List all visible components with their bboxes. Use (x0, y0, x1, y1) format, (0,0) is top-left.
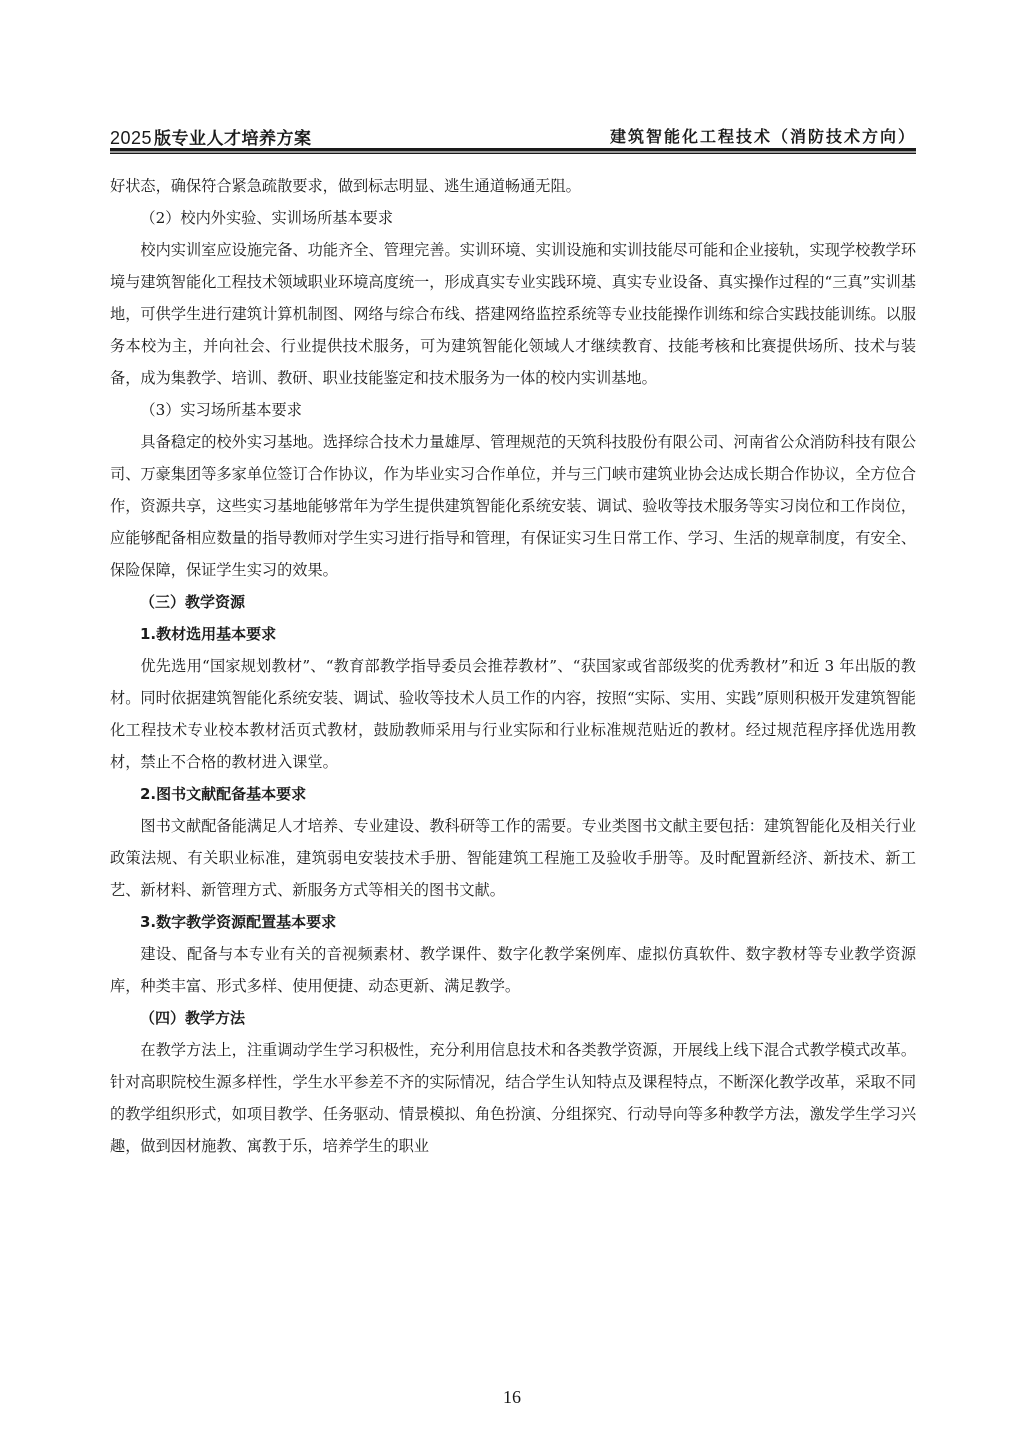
section-heading-teaching-methods: （四）教学方法 (110, 1002, 916, 1034)
body-text: 好状态，确保符合紧急疏散要求，做到标志明显、逃生通道畅通无阻。 （2）校内外实验… (110, 170, 916, 1162)
paragraph-digital-resources: 建设、配备与本专业有关的音视频素材、教学课件、数字化教学案例库、虚拟仿真软件、数… (110, 938, 916, 1002)
heading-digital-resources: 3.数字教学资源配置基本要求 (110, 906, 916, 938)
header-double-rule (110, 148, 916, 154)
paragraph-teaching-methods: 在教学方法上，注重调动学生学习积极性，充分利用信息技术和各类教学资源，开展线上线… (110, 1034, 916, 1162)
paragraph-training-sites: 校内实训室应设施完备、功能齐全、管理完善。实训环境、实训设施和实训技能尽可能和企… (110, 234, 916, 394)
header-year: 2025 (110, 128, 152, 148)
section-heading-teaching-resources: （三）教学资源 (110, 586, 916, 618)
paragraph-internship-sites: 具备稳定的校外实习基地。选择综合技术力量雄厚、管理规范的天筑科技股份有限公司、河… (110, 426, 916, 586)
document-page: 2025版专业人才培养方案 建筑智能化工程技术（消防技术方向） 好状态，确保符合… (0, 0, 1024, 1448)
paragraph-textbook-selection: 优先选用“国家规划教材”、“教育部教学指导委员会推荐教材”、“获国家或省部级奖的… (110, 650, 916, 778)
running-header: 2025版专业人才培养方案 建筑智能化工程技术（消防技术方向） (110, 124, 916, 146)
header-left-title: 版专业人才培养方案 (154, 129, 312, 149)
subheading-internship-sites: （3）实习场所基本要求 (110, 394, 916, 426)
heading-library-resources: 2.图书文献配备基本要求 (110, 778, 916, 810)
subheading-training-sites: （2）校内外实验、实训场所基本要求 (110, 202, 916, 234)
header-program-title: 2025版专业人才培养方案 (110, 124, 312, 149)
header-major-title: 建筑智能化工程技术（消防技术方向） (610, 124, 916, 147)
paragraph-library-resources: 图书文献配备能满足人才培养、专业建设、教科研等工作的需要。专业类图书文献主要包括… (110, 810, 916, 906)
paragraph-continuation: 好状态，确保符合紧急疏散要求，做到标志明显、逃生通道畅通无阻。 (110, 170, 916, 202)
page-number: 16 (0, 1387, 1024, 1408)
heading-textbook-selection: 1.教材选用基本要求 (110, 618, 916, 650)
